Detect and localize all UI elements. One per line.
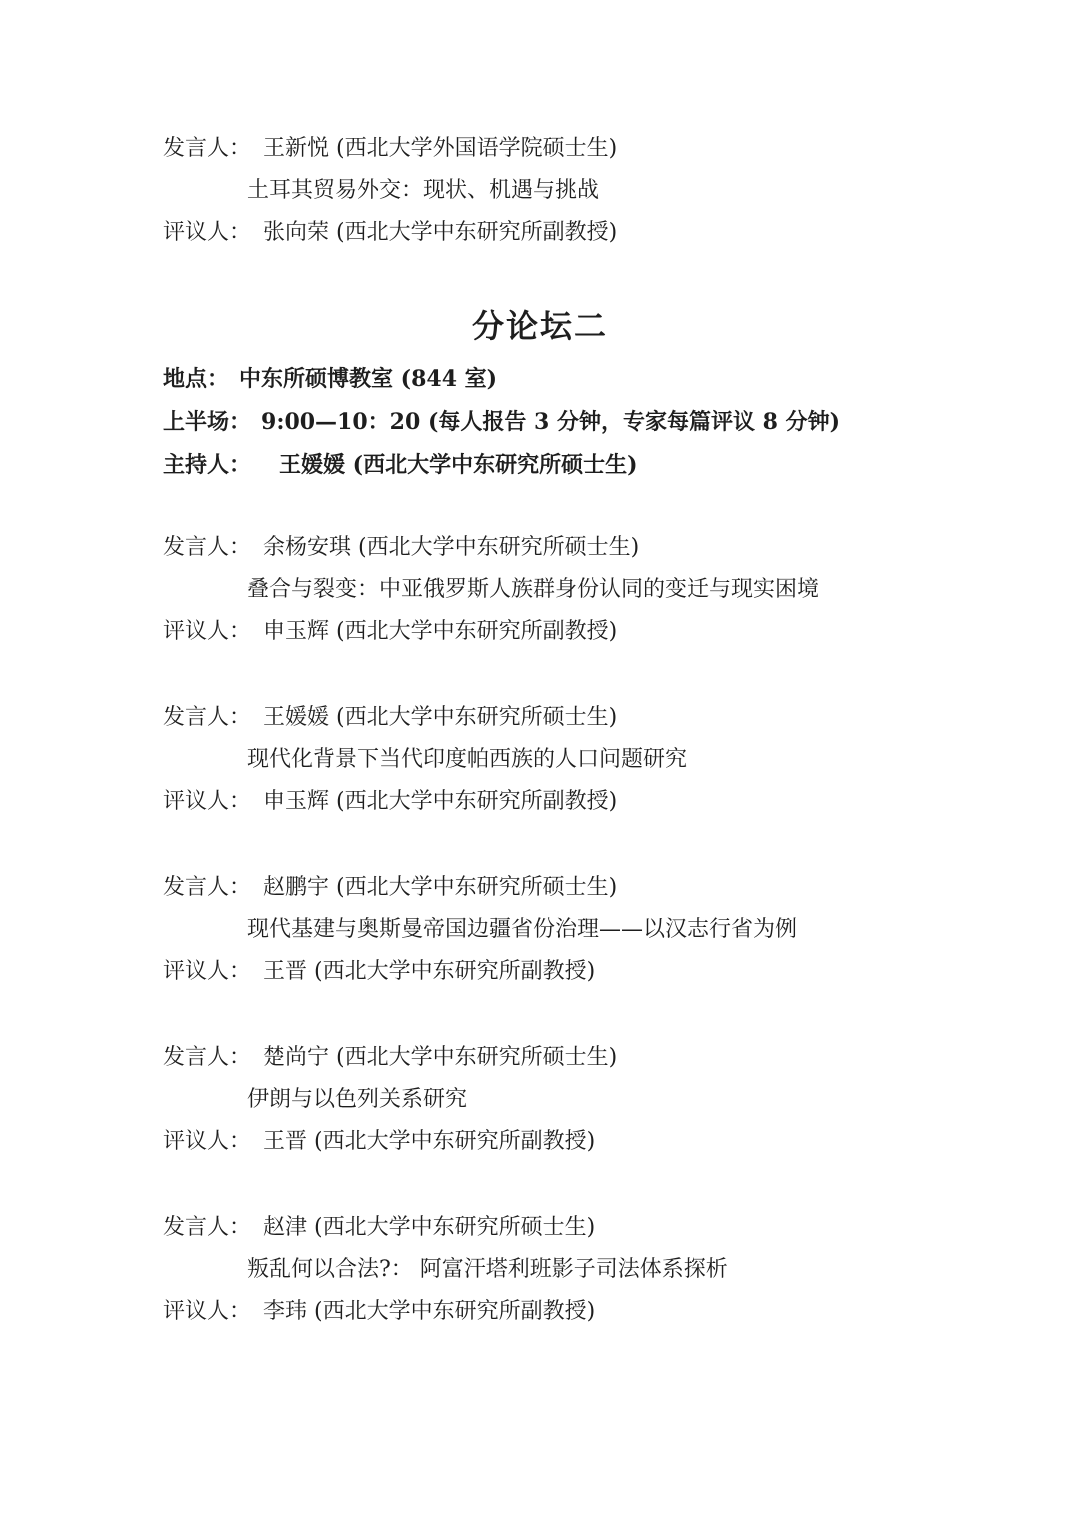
speaker-name-affiliation: 赵津 (西北大学中东研究所硕士生) <box>263 1215 595 1240</box>
speaker-line: 发言人：楚尚宁 (西北大学中东研究所硕士生) <box>163 1037 1043 1079</box>
reviewer-name-affiliation: 王晋 (西北大学中东研究所副教授) <box>263 1129 595 1154</box>
speaker-name-affiliation: 赵鹏宇 (西北大学中东研究所硕士生) <box>263 875 617 900</box>
session-entry: 发言人：赵津 (西北大学中东研究所硕士生) 叛乱何以合法?： 阿富汗塔利班影子司… <box>163 1207 1043 1333</box>
speaker-line: 发言人：赵津 (西北大学中东研究所硕士生) <box>163 1207 1043 1249</box>
session-list: 发言人：余杨安琪 (西北大学中东研究所硕士生) 叠合与裂变：中亚俄罗斯人族群身份… <box>163 527 1043 1333</box>
location-label: 地点： <box>163 366 229 392</box>
reviewer-line: 评议人：申玉辉 (西北大学中东研究所副教授) <box>163 611 1043 653</box>
host-label: 主持人： <box>163 452 251 478</box>
location-line: 地点：中东所硕博教室 (844 室) <box>163 358 1043 401</box>
session-entry: 发言人：余杨安琪 (西北大学中东研究所硕士生) 叠合与裂变：中亚俄罗斯人族群身份… <box>163 527 1043 653</box>
page-content: 发言人：王新悦 (西北大学外国语学院硕士生) 土耳其贸易外交：现状、机遇与挑战 … <box>163 128 1043 1333</box>
reviewer-name-affiliation: 申玉辉 (西北大学中东研究所副教授) <box>263 619 617 644</box>
speaker-name-affiliation: 余杨安琪 (西北大学中东研究所硕士生) <box>263 535 639 560</box>
paper-title: 现代化背景下当代印度帕西族的人口问题研究 <box>163 739 1043 781</box>
reviewer-line: 评议人：王晋 (西北大学中东研究所副教授) <box>163 1121 1043 1163</box>
speaker-label: 发言人： <box>163 705 251 730</box>
reviewer-label: 评议人： <box>163 959 251 984</box>
speaker-line: 发言人：王新悦 (西北大学外国语学院硕士生) <box>163 128 1043 170</box>
reviewer-label: 评议人： <box>163 1299 251 1324</box>
paper-title: 土耳其贸易外交：现状、机遇与挑战 <box>163 170 1043 212</box>
speaker-label: 发言人： <box>163 535 251 560</box>
speaker-label: 发言人： <box>163 136 251 161</box>
forum-title: 分论坛二 <box>0 298 1080 354</box>
speaker-line: 发言人：余杨安琪 (西北大学中东研究所硕士生) <box>163 527 1043 569</box>
speaker-name-affiliation: 王媛媛 (西北大学中东研究所硕士生) <box>263 705 617 730</box>
paper-title: 现代基建与奥斯曼帝国边疆省份治理——以汉志行省为例 <box>163 909 1043 951</box>
reviewer-line: 评议人：王晋 (西北大学中东研究所副教授) <box>163 951 1043 993</box>
reviewer-line: 评议人：申玉辉 (西北大学中东研究所副教授) <box>163 781 1043 823</box>
reviewer-line: 评议人：李玮 (西北大学中东研究所副教授) <box>163 1291 1043 1333</box>
paper-title: 叛乱何以合法?： 阿富汗塔利班影子司法体系探析 <box>163 1249 1043 1291</box>
speaker-line: 发言人：王媛媛 (西北大学中东研究所硕士生) <box>163 697 1043 739</box>
session-time-value: 9:00—10：20 (每人报告 3 分钟，专家每篇评议 8 分钟) <box>261 409 840 435</box>
forum-info-block: 地点：中东所硕博教室 (844 室) 上半场：9:00—10：20 (每人报告 … <box>163 358 1043 487</box>
host-name-affiliation: 王媛媛 (西北大学中东研究所硕士生) <box>279 452 637 478</box>
speaker-name-affiliation: 楚尚宁 (西北大学中东研究所硕士生) <box>263 1045 617 1070</box>
reviewer-line: 评议人：张向荣 (西北大学中东研究所副教授) <box>163 212 1043 254</box>
host-line: 主持人：王媛媛 (西北大学中东研究所硕士生) <box>163 444 1043 487</box>
session-time-label: 上半场： <box>163 409 251 435</box>
speaker-label: 发言人： <box>163 875 251 900</box>
location-value: 中东所硕博教室 (844 室) <box>239 366 497 392</box>
speaker-line: 发言人：赵鹏宇 (西北大学中东研究所硕士生) <box>163 867 1043 909</box>
session-time-line: 上半场：9:00—10：20 (每人报告 3 分钟，专家每篇评议 8 分钟) <box>163 401 1043 444</box>
document-page: 发言人：王新悦 (西北大学外国语学院硕士生) 土耳其贸易外交：现状、机遇与挑战 … <box>0 0 1080 1527</box>
paper-title: 伊朗与以色列关系研究 <box>163 1079 1043 1121</box>
paper-title: 叠合与裂变：中亚俄罗斯人族群身份认同的变迁与现实困境 <box>163 569 1043 611</box>
reviewer-name-affiliation: 张向荣 (西北大学中东研究所副教授) <box>263 220 617 245</box>
reviewer-name-affiliation: 李玮 (西北大学中东研究所副教授) <box>263 1299 595 1324</box>
speaker-label: 发言人： <box>163 1215 251 1240</box>
reviewer-label: 评议人： <box>163 619 251 644</box>
session-entry: 发言人：赵鹏宇 (西北大学中东研究所硕士生) 现代基建与奥斯曼帝国边疆省份治理—… <box>163 867 1043 993</box>
reviewer-label: 评议人： <box>163 220 251 245</box>
speaker-label: 发言人： <box>163 1045 251 1070</box>
session-entry-intro: 发言人：王新悦 (西北大学外国语学院硕士生) 土耳其贸易外交：现状、机遇与挑战 … <box>163 128 1043 254</box>
reviewer-label: 评议人： <box>163 1129 251 1154</box>
reviewer-name-affiliation: 申玉辉 (西北大学中东研究所副教授) <box>263 789 617 814</box>
session-entry: 发言人：王媛媛 (西北大学中东研究所硕士生) 现代化背景下当代印度帕西族的人口问… <box>163 697 1043 823</box>
speaker-name-affiliation: 王新悦 (西北大学外国语学院硕士生) <box>263 136 617 161</box>
session-entry: 发言人：楚尚宁 (西北大学中东研究所硕士生) 伊朗与以色列关系研究 评议人：王晋… <box>163 1037 1043 1163</box>
reviewer-label: 评议人： <box>163 789 251 814</box>
reviewer-name-affiliation: 王晋 (西北大学中东研究所副教授) <box>263 959 595 984</box>
